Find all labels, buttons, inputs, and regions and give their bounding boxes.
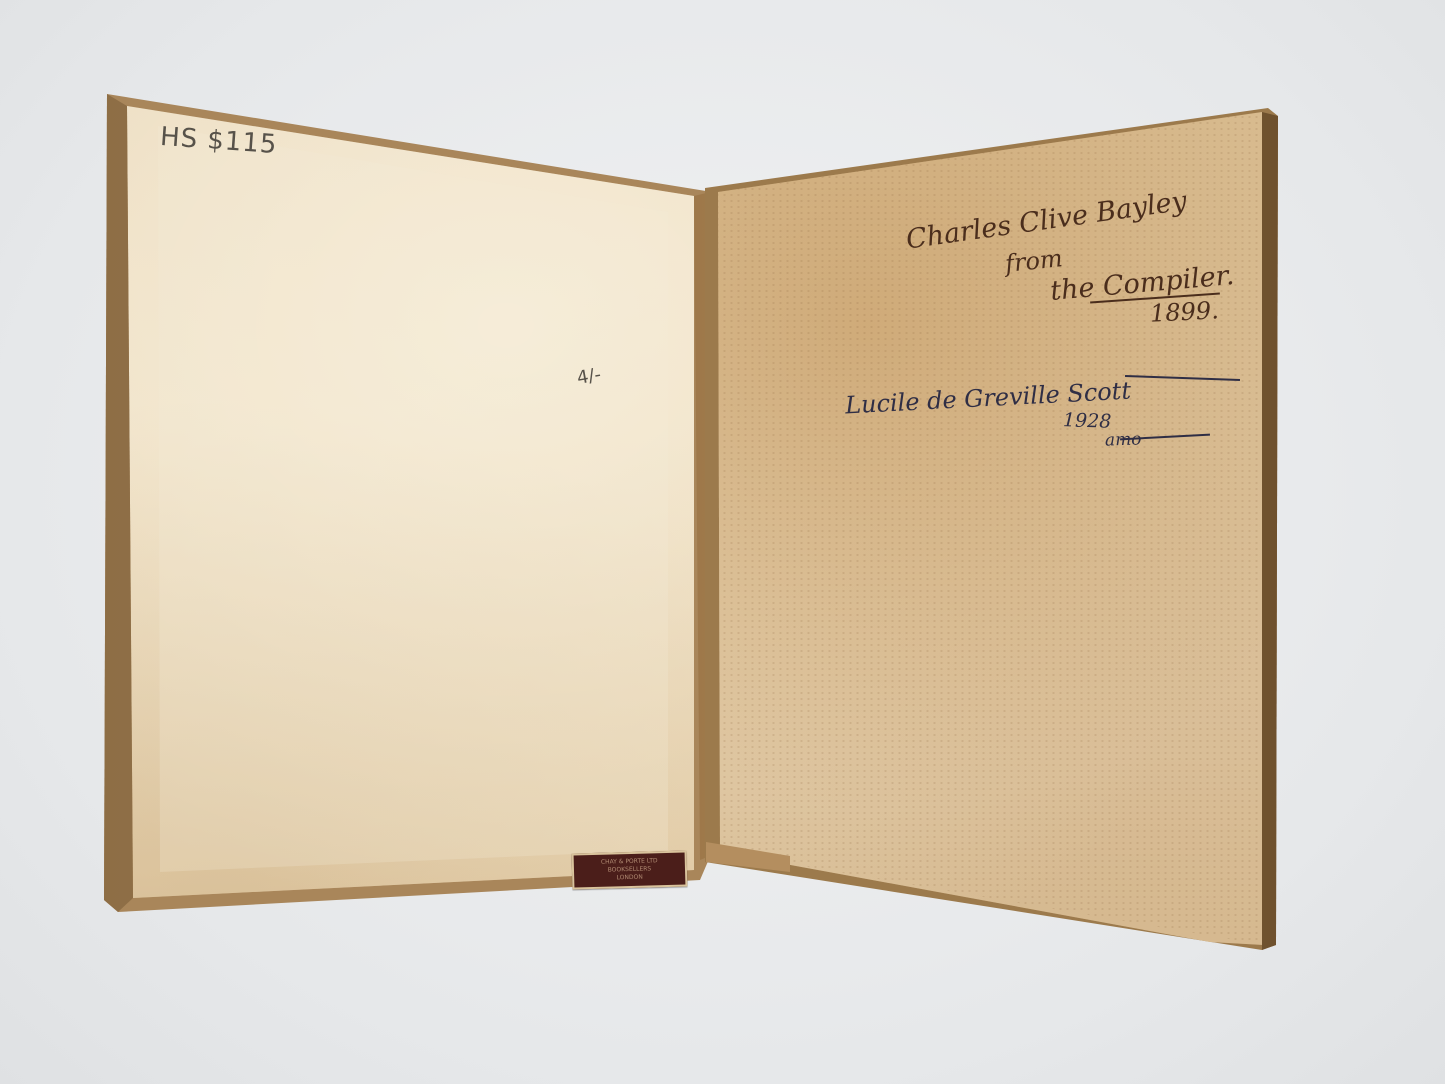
- signature-year: 1928: [1063, 409, 1112, 433]
- signature-suffix: amo: [1105, 429, 1142, 450]
- inscription-year: 1899.: [1149, 296, 1219, 328]
- bookseller-label-line3: LONDON: [574, 873, 685, 884]
- pencil-mark: 4/-: [575, 364, 602, 389]
- inscription-from: from: [1004, 244, 1064, 278]
- bookseller-label: CHAY & PORTE LTD BOOKSELLERS LONDON: [572, 851, 688, 890]
